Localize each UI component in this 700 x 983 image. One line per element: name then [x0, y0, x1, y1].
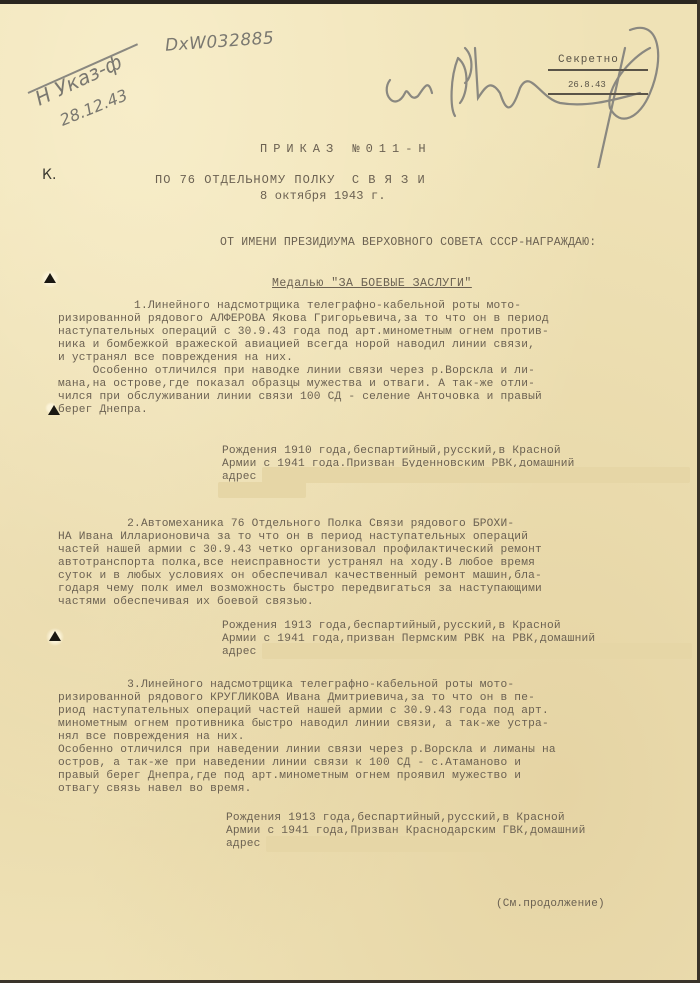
archive-number: DxW032885	[164, 28, 274, 56]
punch-hole-icon	[45, 402, 57, 414]
entry-line: ризированной рядового АЛФЕРОВА Якова Гри…	[58, 313, 549, 326]
entry-line: НА Ивана Илларионовича за то что он в пе…	[58, 531, 528, 544]
entry-line: частями обеспечивая их боевой связью.	[58, 596, 314, 609]
entry-line: ризированной рядового КРУГЛИКОВА Ивана Д…	[58, 692, 535, 705]
stamp-date: 26.8.43	[568, 80, 606, 90]
entry-line: 3.Линейного надсмотрщика телеграфно-кабе…	[58, 679, 514, 692]
entry-line: наступательных операций с 30.9.43 года п…	[58, 326, 549, 339]
entry-line: Особенно отличился при наводке линии свя…	[58, 365, 535, 378]
order-subtitle: ПО 76 ОТДЕЛЬНОМУ ПОЛКУ С В Я З И	[155, 174, 426, 187]
decree-line: ОТ ИМЕНИ ПРЕЗИДИУМА ВЕРХОВНОГО СОВЕТА СС…	[220, 236, 596, 249]
entry-line: Особенно отличился при наведении линии с…	[58, 744, 556, 757]
stamp-line	[548, 93, 648, 95]
entry-line: 2.Автомеханика 76 Отдельного Полка Связи…	[58, 518, 514, 531]
entry-line: минометным огнем противника быстро навод…	[58, 718, 549, 731]
entry-line: 1.Линейного надсмотрщика телеграфно-кабе…	[58, 300, 521, 313]
entry-line: ника и бомбежкой вражеской авиацией всег…	[58, 339, 535, 352]
punch-hole-icon	[46, 628, 64, 646]
redacted-address	[266, 836, 542, 852]
bio-line: Рождения 1913 года,беспартийный,русский,…	[226, 812, 565, 825]
entry-line: частей нашей армии с 30.9.43 четко орган…	[58, 544, 542, 557]
bio-line: адрес	[226, 838, 261, 851]
entry-line: годаря чему полк имел возможность быстро…	[58, 583, 542, 596]
redacted-address	[262, 467, 690, 483]
bio-line: Рождения 1913 года,беспартийный,русский,…	[222, 620, 561, 633]
continued-note: (См.продолжение)	[496, 898, 605, 911]
punch-hole-icon	[41, 270, 59, 288]
bio-line: адрес	[222, 646, 257, 659]
redacted-address	[218, 482, 306, 498]
entry-line: отвагу связь навел во время.	[58, 783, 252, 796]
entry-line: нял все повреждения на них.	[58, 731, 245, 744]
entry-line: и устранял все повреждения на них.	[58, 352, 293, 365]
margin-mark: К.	[42, 167, 56, 183]
medal-heading: Медалью "ЗА БОЕВЫЕ ЗАСЛУГИ"	[272, 277, 472, 290]
entry-line: суток и в любых условиях он обеспечивал …	[58, 570, 542, 583]
entry-line: правый берег Днепра,где под арт.минометн…	[58, 770, 521, 783]
order-title: ПРИКАЗ №011-Н	[260, 143, 432, 156]
entry-line: мана,на острове,где показал образцы муже…	[58, 378, 535, 391]
redacted-address	[262, 643, 692, 659]
entry-line: риод наступательных операций частей наше…	[58, 705, 549, 718]
scan-edge-top	[0, 0, 700, 4]
entry-line: чился при обслуживании линии связи 100 С…	[58, 391, 542, 404]
order-date: 8 октября 1943 г.	[260, 190, 386, 203]
entry-line: автотранспорта полка,все неисправности у…	[58, 557, 535, 570]
entry-line: берег Днепра.	[58, 404, 148, 417]
stamp-line	[548, 69, 648, 71]
entry-line: остров, а так-же при наведении линии свя…	[58, 757, 521, 770]
bio-line: Рождения 1910 года,беспартийный,русский,…	[222, 445, 561, 458]
secrecy-stamp: Секретно	[558, 54, 619, 66]
